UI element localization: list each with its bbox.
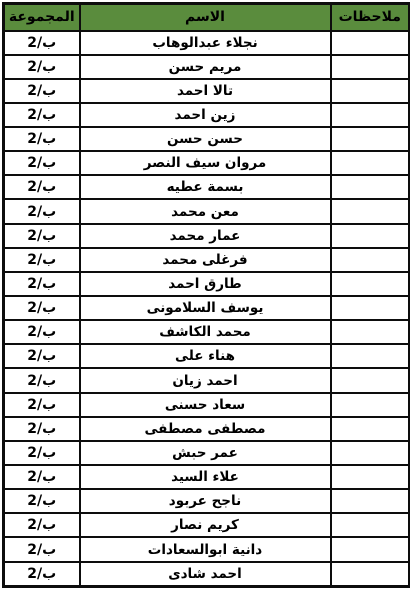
header-row: المجموعة الاسم ملاحظات	[4, 4, 410, 31]
group-cell: ب/2	[4, 489, 80, 513]
notes-cell	[331, 55, 410, 79]
table-row: ب/2 كريم نصار	[4, 513, 410, 537]
notes-cell	[331, 248, 410, 272]
group-cell: ب/2	[4, 151, 80, 175]
group-cell: ب/2	[4, 368, 80, 392]
table-body: ب/2 نجلاء عبدالوهاب ب/2 مريم حسن ب/2 تال…	[4, 31, 410, 587]
column-header-notes: ملاحظات	[331, 4, 410, 31]
notes-cell	[331, 368, 410, 392]
table-row: ب/2 طارق احمد	[4, 272, 410, 296]
group-cell: ب/2	[4, 248, 80, 272]
table-row: ب/2 عمار محمد	[4, 224, 410, 248]
group-cell: ب/2	[4, 344, 80, 368]
student-name-cell: محمد الكاشف	[80, 320, 331, 344]
table-row: ب/2 دانية ابوالسعادات	[4, 537, 410, 561]
notes-cell	[331, 537, 410, 561]
table-row: ب/2 علاء السيد	[4, 465, 410, 489]
table-header: المجموعة الاسم ملاحظات	[4, 4, 410, 31]
table-row: ب/2 مروان سيف النصر	[4, 151, 410, 175]
notes-cell	[331, 79, 410, 103]
student-name-cell: مروان سيف النصر	[80, 151, 331, 175]
notes-cell	[331, 199, 410, 223]
student-name-cell: معن محمد	[80, 199, 331, 223]
notes-cell	[331, 103, 410, 127]
student-name-cell: علاء السيد	[80, 465, 331, 489]
group-cell: ب/2	[4, 127, 80, 151]
group-cell: ب/2	[4, 55, 80, 79]
group-cell: ب/2	[4, 393, 80, 417]
student-name-cell: نجلاء عبدالوهاب	[80, 31, 331, 55]
notes-cell	[331, 465, 410, 489]
student-name-cell: احمد زيان	[80, 368, 331, 392]
group-cell: ب/2	[4, 103, 80, 127]
group-cell: ب/2	[4, 79, 80, 103]
student-name-cell: بسمة عطيه	[80, 175, 331, 199]
notes-cell	[331, 127, 410, 151]
table-row: ب/2 تالا احمد	[4, 79, 410, 103]
student-name-cell: ناجح عربود	[80, 489, 331, 513]
table-row: ب/2 مصطفى مصطفى	[4, 417, 410, 441]
student-name-cell: كريم نصار	[80, 513, 331, 537]
table-row: ب/2 فرغلى محمد	[4, 248, 410, 272]
group-cell: ب/2	[4, 465, 80, 489]
group-cell: ب/2	[4, 320, 80, 344]
student-name-cell: هناء على	[80, 344, 331, 368]
group-cell: ب/2	[4, 537, 80, 561]
notes-cell	[331, 562, 410, 587]
notes-cell	[331, 393, 410, 417]
table-row: ب/2 نجلاء عبدالوهاب	[4, 31, 410, 55]
student-name-cell: حسن حسن	[80, 127, 331, 151]
document-sheet: المجموعة الاسم ملاحظات ب/2 نجلاء عبدالوه…	[0, 0, 410, 590]
group-cell: ب/2	[4, 175, 80, 199]
table-row: ب/2 احمد شادى	[4, 562, 410, 587]
table-row: ب/2 حسن حسن	[4, 127, 410, 151]
table-row: ب/2 ناجح عربود	[4, 489, 410, 513]
notes-cell	[331, 296, 410, 320]
notes-cell	[331, 175, 410, 199]
student-name-cell: عمر حبش	[80, 441, 331, 465]
group-cell: ب/2	[4, 199, 80, 223]
table-row: ب/2 عمر حبش	[4, 441, 410, 465]
student-name-cell: دانية ابوالسعادات	[80, 537, 331, 561]
student-name-cell: عمار محمد	[80, 224, 331, 248]
group-cell: ب/2	[4, 224, 80, 248]
student-name-cell: مريم حسن	[80, 55, 331, 79]
notes-cell	[331, 441, 410, 465]
table-row: ب/2 زين احمد	[4, 103, 410, 127]
table-row: ب/2 معن محمد	[4, 199, 410, 223]
notes-cell	[331, 417, 410, 441]
group-cell: ب/2	[4, 441, 80, 465]
column-header-group: المجموعة	[4, 4, 80, 31]
column-header-name: الاسم	[80, 4, 331, 31]
table-row: ب/2 سعاد حسنى	[4, 393, 410, 417]
student-name-cell: مصطفى مصطفى	[80, 417, 331, 441]
group-cell: ب/2	[4, 31, 80, 55]
group-cell: ب/2	[4, 296, 80, 320]
student-name-cell: فرغلى محمد	[80, 248, 331, 272]
table-row: ب/2 محمد الكاشف	[4, 320, 410, 344]
group-cell: ب/2	[4, 562, 80, 587]
notes-cell	[331, 489, 410, 513]
notes-cell	[331, 320, 410, 344]
table-row: ب/2 هناء على	[4, 344, 410, 368]
notes-cell	[331, 31, 410, 55]
notes-cell	[331, 151, 410, 175]
notes-cell	[331, 513, 410, 537]
students-roster-table: المجموعة الاسم ملاحظات ب/2 نجلاء عبدالوه…	[2, 2, 410, 588]
group-cell: ب/2	[4, 272, 80, 296]
table-row: ب/2 احمد زيان	[4, 368, 410, 392]
student-name-cell: زين احمد	[80, 103, 331, 127]
notes-cell	[331, 224, 410, 248]
table-row: ب/2 يوسف السلامونى	[4, 296, 410, 320]
student-name-cell: طارق احمد	[80, 272, 331, 296]
notes-cell	[331, 272, 410, 296]
student-name-cell: سعاد حسنى	[80, 393, 331, 417]
table-row: ب/2 بسمة عطيه	[4, 175, 410, 199]
student-name-cell: احمد شادى	[80, 562, 331, 587]
notes-cell	[331, 344, 410, 368]
table-row: ب/2 مريم حسن	[4, 55, 410, 79]
student-name-cell: تالا احمد	[80, 79, 331, 103]
student-name-cell: يوسف السلامونى	[80, 296, 331, 320]
group-cell: ب/2	[4, 513, 80, 537]
group-cell: ب/2	[4, 417, 80, 441]
